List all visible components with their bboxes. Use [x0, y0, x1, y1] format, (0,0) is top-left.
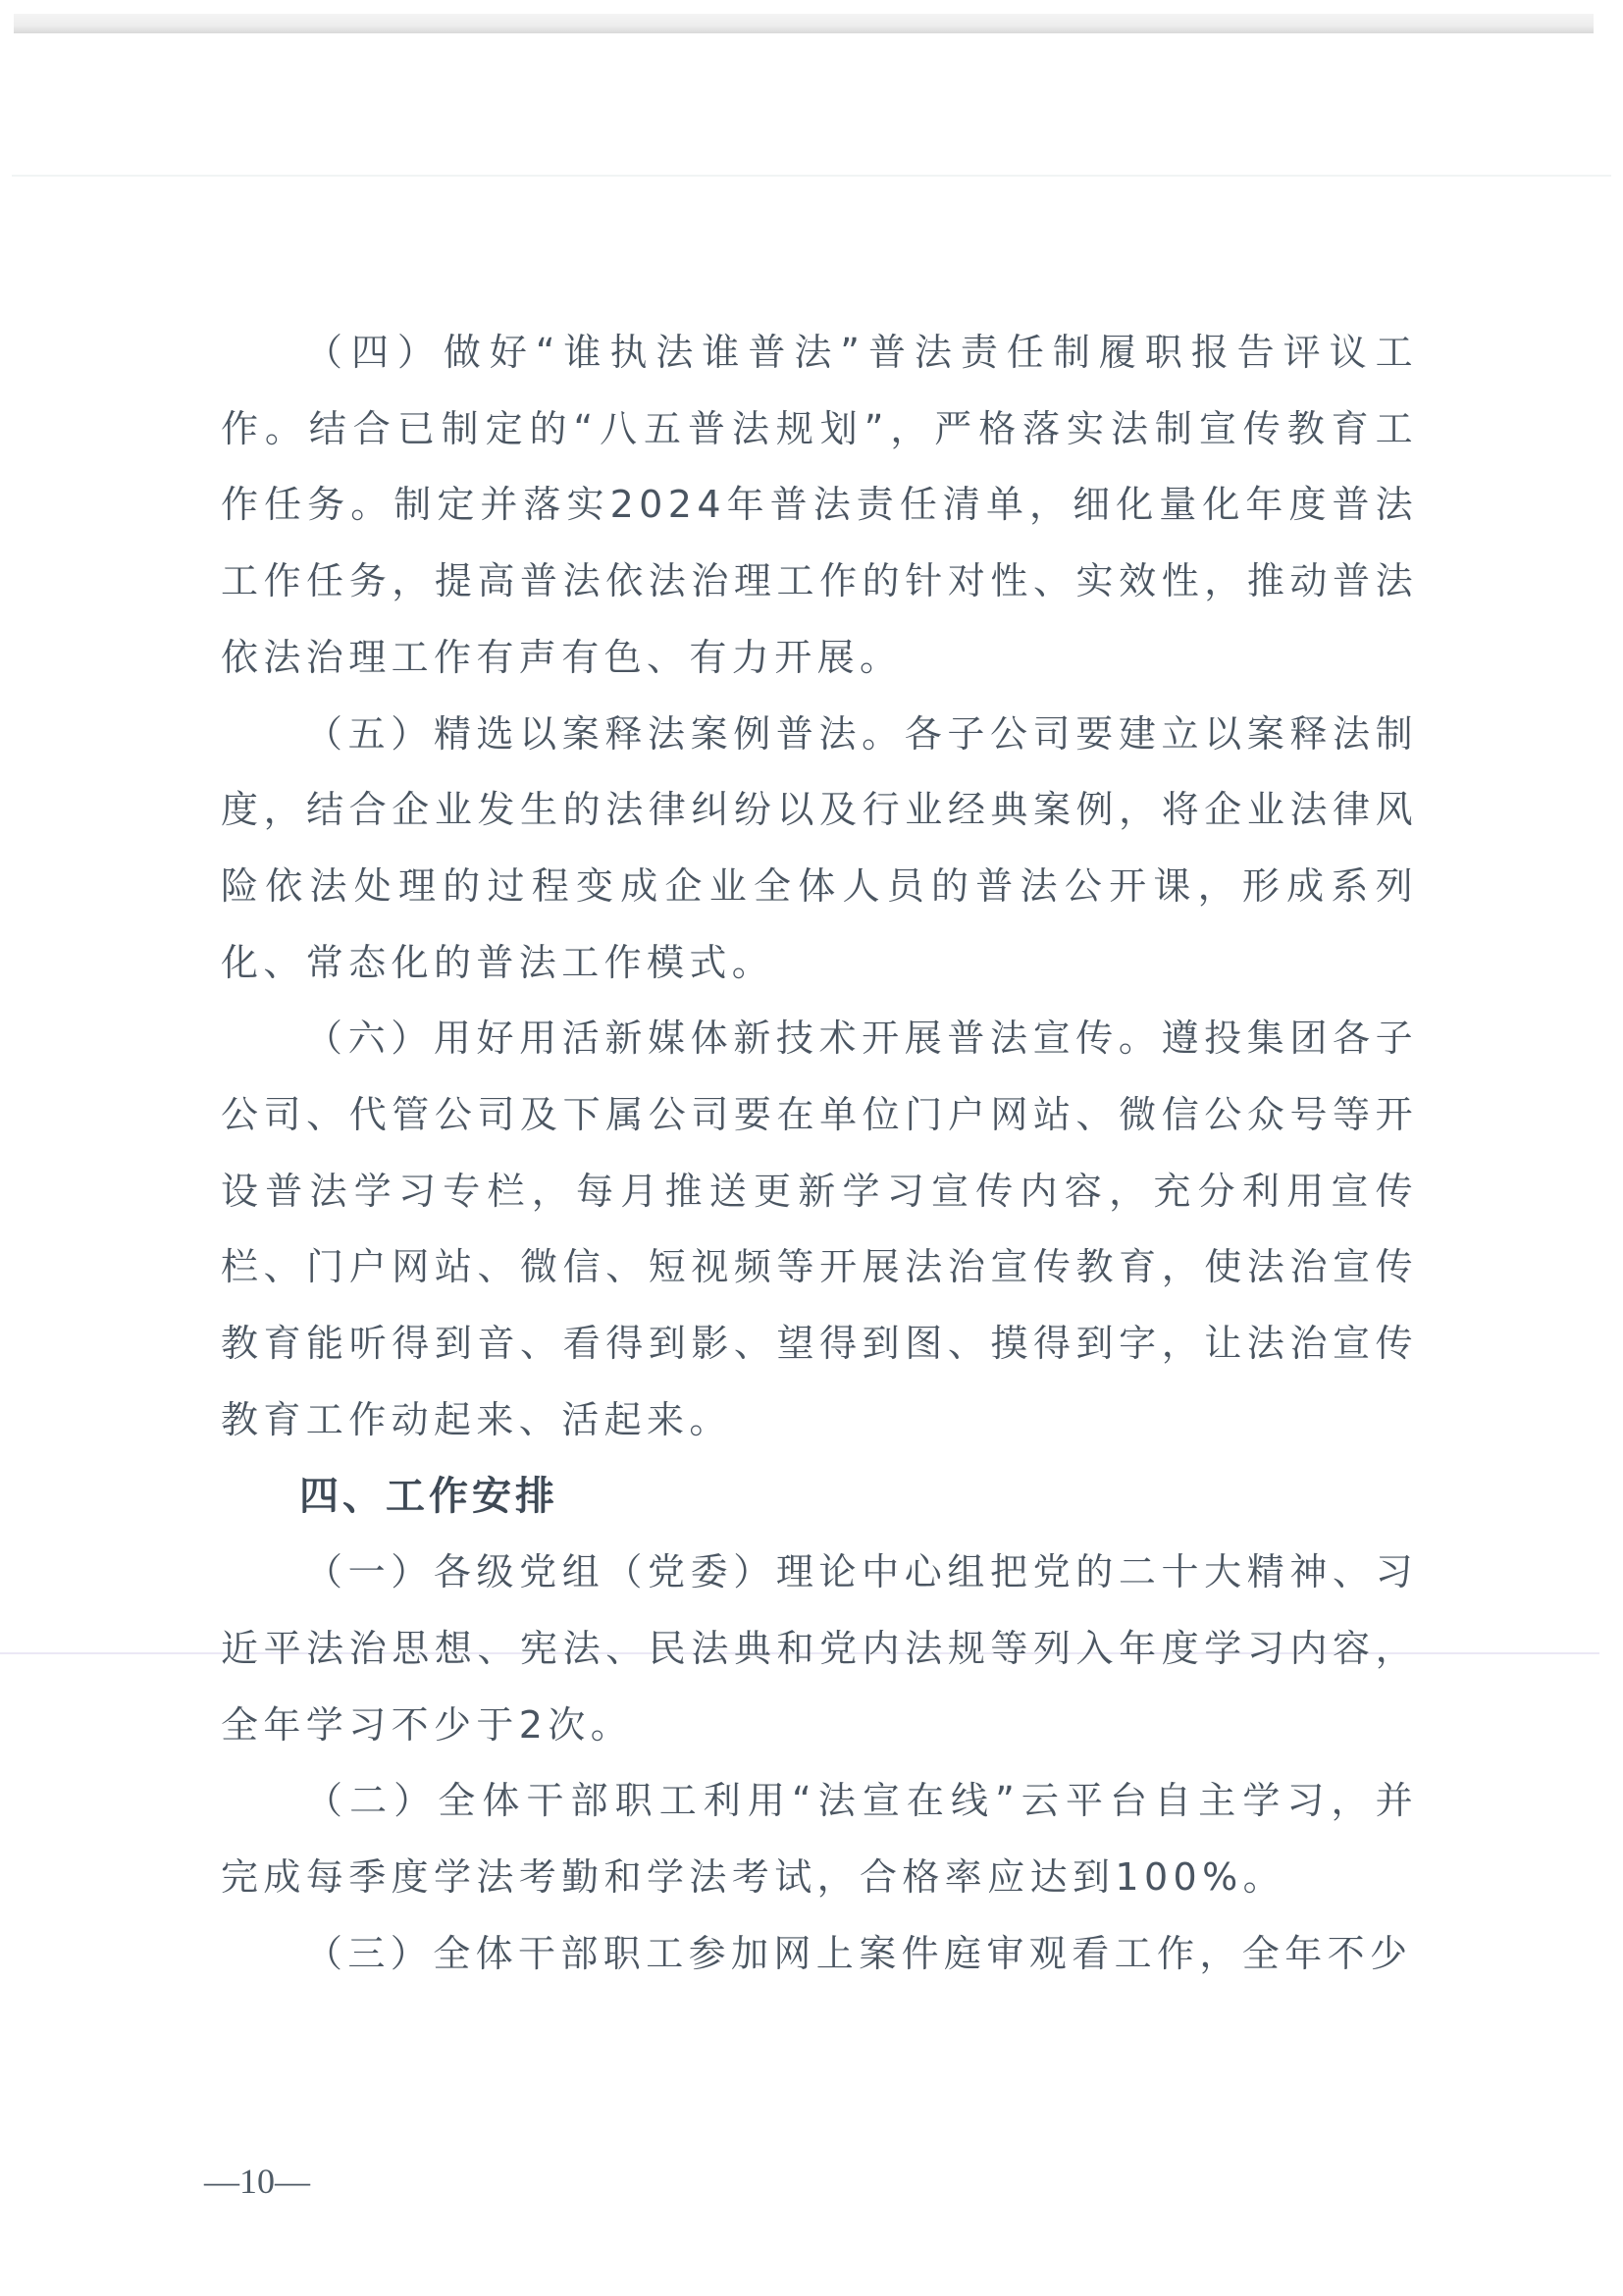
section-heading-work-arrangement: 四、工作安排 [221, 1459, 1418, 1536]
paragraph-item-5: （五）精选以案释法案例普法。各子公司要建立以案释法制度，结合企业发生的法律纠纷以… [221, 697, 1418, 1002]
paragraph-item-4: （四）做好“谁执法谁普法”普法责任制履职报告评议工作。结合已制定的“八五普法规划… [221, 315, 1418, 697]
paragraph-arrangement-1: （一）各级党组（党委）理论中心组把党的二十大精神、习近平法治思想、宪法、民法典和… [221, 1535, 1418, 1763]
paragraph-arrangement-2: （二）全体干部职工利用“法宣在线”云平台自主学习，并完成每季度学法考勤和学法考试… [221, 1763, 1418, 1915]
scan-artifact-faint-line [12, 175, 1611, 177]
page-number: —10— [204, 2161, 310, 2202]
scan-artifact-top-band [14, 14, 1594, 33]
paragraph-arrangement-3: （三）全体干部职工参加网上案件庭审观看工作，全年不少 [221, 1916, 1418, 1993]
document-body: （四）做好“谁执法谁普法”普法责任制履职报告评议工作。结合已制定的“八五普法规划… [221, 315, 1418, 1992]
paragraph-item-6: （六）用好用活新媒体新技术开展普法宣传。遵投集团各子公司、代管公司及下属公司要在… [221, 1001, 1418, 1458]
